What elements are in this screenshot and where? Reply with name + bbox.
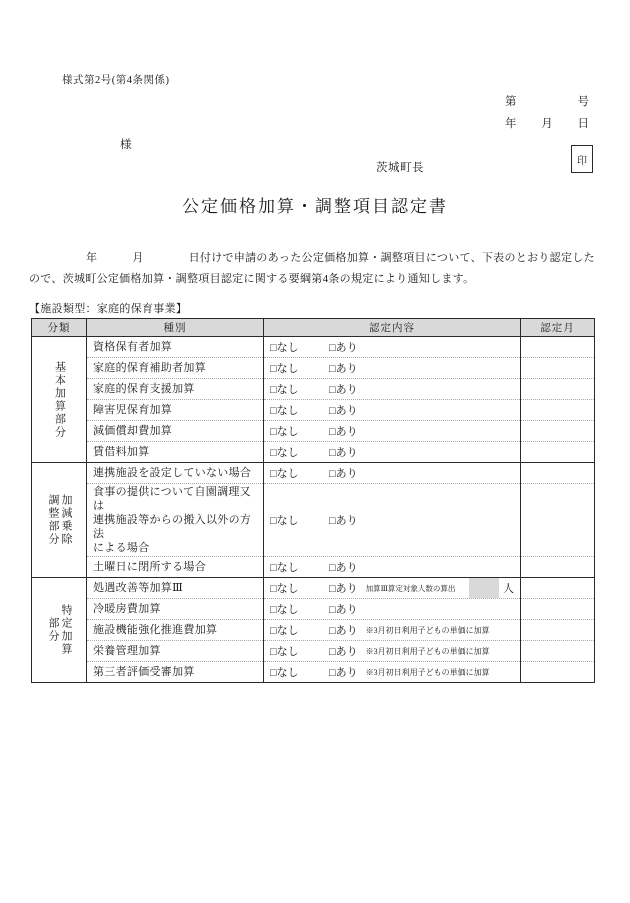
category-label-specific-left: 部分 (46, 617, 59, 643)
checkbox-yes: □あり (329, 580, 358, 596)
content-cell: □なし □あり (264, 442, 521, 463)
table-row: 賃借料加算 □なし □あり (32, 442, 595, 463)
checkbox-none: □なし (270, 559, 329, 575)
checkbox-yes: □あり (329, 381, 358, 397)
checkbox-none: □なし (270, 465, 329, 481)
table-row: 調整部分 加減乗除 連携施設を設定していない場合 □なし □あり (32, 463, 595, 484)
seal-label: 印 (577, 152, 587, 167)
facility-type-label: 【施設類型：家庭的保育事業】 (29, 300, 187, 316)
content-cell: □なし □あり (264, 599, 521, 620)
date-day-label: 日 (578, 115, 590, 131)
category-label-specific-right: 特定加算 (59, 604, 72, 656)
kind-cell: 障害児保育加算 (87, 400, 264, 421)
document-page: 様式第2号(第4条関係) 第 号 年 月 日 様 茨城町長 印 公定価格加算・調… (0, 0, 630, 903)
checkbox-yes: □あり (329, 465, 358, 481)
doc-number-line: 第 号 (505, 93, 589, 109)
kind-cell: 第三者評価受審加算 (87, 662, 264, 683)
kind-cell: 栄養管理加算 (87, 641, 264, 662)
checkbox-none: □なし (270, 512, 329, 528)
content-cell: □なし □あり (264, 400, 521, 421)
checkbox-yes: □あり (329, 512, 358, 528)
table-row: 食事の提供について自園調理又は 連携施設等からの搬入以外の方法 による場合 □な… (32, 484, 595, 557)
checkbox-yes: □あり (329, 339, 358, 355)
content-cell: □なし □あり (264, 337, 521, 358)
content-cell: □なし □あり (264, 484, 521, 557)
checkbox-none: □なし (270, 381, 329, 397)
body-year-blank: 年 (86, 252, 97, 264)
note-text: ※3月初日利用子どもの単価に加算 (366, 667, 490, 678)
kind-cell: 冷暖房費加算 (87, 599, 264, 620)
month-cell (521, 400, 595, 421)
date-year-label: 年 (505, 115, 517, 131)
unit-label: 人 (503, 580, 514, 596)
category-label-basic: 基本加算部分 (53, 361, 66, 439)
form-number: 様式第2号(第4条関係) (62, 72, 170, 87)
checkbox-none: □なし (270, 643, 329, 659)
page-title: 公定価格加算・調整項目認定書 (0, 192, 630, 217)
certification-table: 分類 種別 認定内容 認定月 基本加算部分 資格保有者加算 □なし □あり 家庭… (31, 318, 595, 683)
count-fill-box (469, 578, 499, 598)
content-cell: □なし □あり (264, 463, 521, 484)
month-cell (521, 578, 595, 599)
seal-box: 印 (571, 145, 593, 173)
category-label-adjust-right: 加減乗除 (59, 494, 72, 546)
table-row: 第三者評価受審加算 □なし □あり ※3月初日利用子どもの単価に加算 (32, 662, 595, 683)
table-row: 減価償却費加算 □なし □あり (32, 421, 595, 442)
note-text: ※3月初日利用子どもの単価に加算 (366, 625, 490, 636)
month-cell (521, 421, 595, 442)
month-cell (521, 463, 595, 484)
kind-cell: 家庭的保育支援加算 (87, 379, 264, 400)
checkbox-yes: □あり (329, 423, 358, 439)
category-cell-adjust: 調整部分 加減乗除 (32, 463, 87, 578)
content-cell: □なし □あり 加算Ⅲ算定対象人数の算出 人 (264, 578, 521, 599)
issuer-title: 茨城町長 (376, 159, 424, 175)
month-cell (521, 442, 595, 463)
checkbox-yes: □あり (329, 559, 358, 575)
checkbox-yes: □あり (329, 601, 358, 617)
content-cell: □なし □あり (264, 358, 521, 379)
checkbox-none: □なし (270, 580, 329, 596)
col-header-kind: 種別 (87, 319, 264, 337)
content-cell: □なし □あり ※3月初日利用子どもの単価に加算 (264, 620, 521, 641)
checkbox-none: □なし (270, 601, 329, 617)
checkbox-none: □なし (270, 423, 329, 439)
table-row: 家庭的保育補助者加算 □なし □あり (32, 358, 595, 379)
checkbox-none: □なし (270, 444, 329, 460)
content-cell: □なし □あり (264, 421, 521, 442)
table-row: 基本加算部分 資格保有者加算 □なし □あり (32, 337, 595, 358)
table-row: 冷暖房費加算 □なし □あり (32, 599, 595, 620)
body-line2: ので、茨城町公定価格加算・調整項目認定に関する要綱第4条の規定により通知します。 (29, 273, 474, 285)
checkbox-yes: □あり (329, 622, 358, 638)
kind-cell: 処遇改善等加算Ⅲ (87, 578, 264, 599)
col-header-category: 分類 (32, 319, 87, 337)
doc-number-suffix: 号 (578, 93, 590, 109)
note-text: 加算Ⅲ算定対象人数の算出 (366, 583, 456, 594)
month-cell (521, 337, 595, 358)
addressee-suffix: 様 (120, 136, 132, 152)
doc-number-prefix: 第 (505, 93, 517, 109)
checkbox-none: □なし (270, 664, 329, 680)
month-cell (521, 599, 595, 620)
checkbox-none: □なし (270, 360, 329, 376)
table-row: 部分 特定加算 処遇改善等加算Ⅲ □なし □あり 加算Ⅲ算定対象人数の算出 人 (32, 578, 595, 599)
category-cell-basic: 基本加算部分 (32, 337, 87, 463)
body-text: 年月日付けで申請のあった公定価格加算・調整項目について、下表のとおり認定した の… (29, 248, 607, 290)
month-cell (521, 620, 595, 641)
checkbox-none: □なし (270, 339, 329, 355)
category-cell-specific: 部分 特定加算 (32, 578, 87, 683)
table-row: 土曜日に閉所する場合 □なし □あり (32, 557, 595, 578)
content-cell: □なし □あり (264, 557, 521, 578)
date-line: 年 月 日 (505, 115, 589, 131)
content-cell: □なし □あり (264, 379, 521, 400)
header-row: 分類 種別 認定内容 認定月 (32, 319, 595, 337)
kind-cell: 土曜日に閉所する場合 (87, 557, 264, 578)
month-cell (521, 557, 595, 578)
checkbox-none: □なし (270, 402, 329, 418)
kind-cell: 減価償却費加算 (87, 421, 264, 442)
table-row: 栄養管理加算 □なし □あり ※3月初日利用子どもの単価に加算 (32, 641, 595, 662)
month-cell (521, 662, 595, 683)
checkbox-yes: □あり (329, 643, 358, 659)
col-header-content: 認定内容 (264, 319, 521, 337)
checkbox-yes: □あり (329, 360, 358, 376)
table-row: 家庭的保育支援加算 □なし □あり (32, 379, 595, 400)
content-cell: □なし □あり ※3月初日利用子どもの単価に加算 (264, 641, 521, 662)
month-cell (521, 484, 595, 557)
kind-cell: 施設機能強化推進費加算 (87, 620, 264, 641)
month-cell (521, 379, 595, 400)
category-label-adjust-left: 調整部分 (46, 494, 59, 546)
checkbox-none: □なし (270, 622, 329, 638)
body-line1: 日付けで申請のあった公定価格加算・調整項目について、下表のとおり認定した (189, 252, 595, 264)
checkbox-yes: □あり (329, 402, 358, 418)
col-header-month: 認定月 (521, 319, 595, 337)
kind-cell: 連携施設を設定していない場合 (87, 463, 264, 484)
checkbox-yes: □あり (329, 664, 358, 680)
kind-cell: 賃借料加算 (87, 442, 264, 463)
body-month-blank: 月 (132, 252, 143, 264)
kind-cell: 資格保有者加算 (87, 337, 264, 358)
content-cell: □なし □あり ※3月初日利用子どもの単価に加算 (264, 662, 521, 683)
kind-cell: 家庭的保育補助者加算 (87, 358, 264, 379)
date-month-label: 月 (541, 115, 553, 131)
note-text: ※3月初日利用子どもの単価に加算 (366, 646, 490, 657)
table-row: 施設機能強化推進費加算 □なし □あり ※3月初日利用子どもの単価に加算 (32, 620, 595, 641)
checkbox-yes: □あり (329, 444, 358, 460)
table-row: 障害児保育加算 □なし □あり (32, 400, 595, 421)
kind-cell: 食事の提供について自園調理又は 連携施設等からの搬入以外の方法 による場合 (87, 484, 264, 557)
month-cell (521, 358, 595, 379)
month-cell (521, 641, 595, 662)
